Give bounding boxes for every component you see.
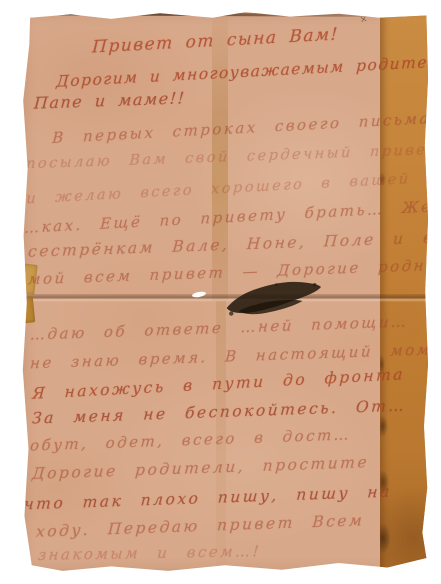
handwritten-line: что так плохо пишу, пишу на <box>23 483 392 514</box>
pencil-mark: × <box>359 14 368 25</box>
handwritten-line: обут, одет, всего в дост… <box>29 425 351 454</box>
letter-paper: × Привет от сына Вам! Дорогим и многоува… <box>22 11 428 572</box>
handwritten-line: знакомым и всем…! <box>37 542 262 564</box>
torn-top-edge <box>30 12 382 17</box>
handwritten-line: Дорогие родители, простите <box>31 453 369 483</box>
left-tape-tab <box>18 296 36 323</box>
handwritten-line: посылаю Вам свой сердечный привет <box>26 142 441 173</box>
handwritten-line: ходу. Передаю привет Всем <box>35 511 365 541</box>
handwritten-line: Папе и маме!! <box>33 88 186 112</box>
handwritten-line: В первых строках своего письма <box>52 109 432 147</box>
letter-scan: × Привет от сына Вам! Дорогим и многоува… <box>0 0 441 584</box>
